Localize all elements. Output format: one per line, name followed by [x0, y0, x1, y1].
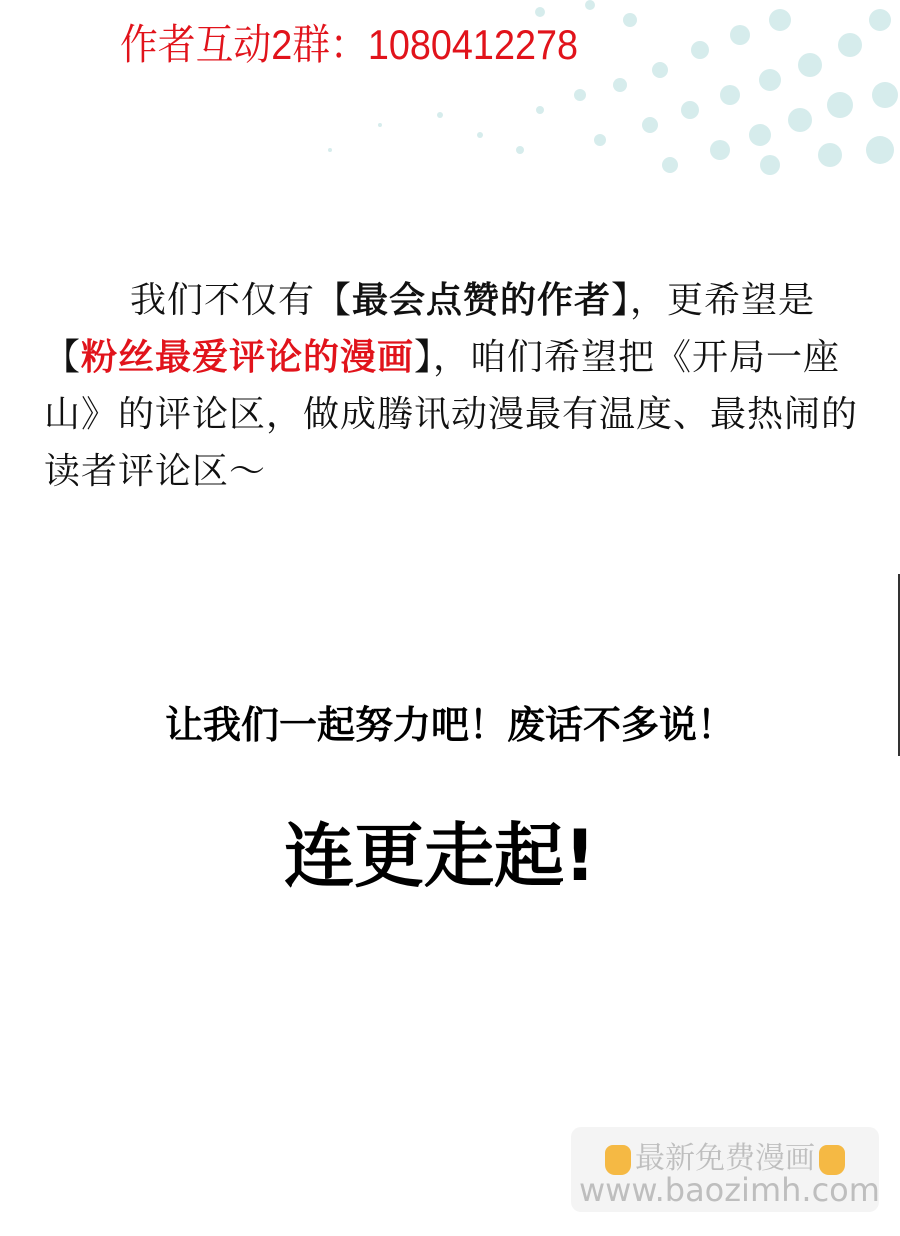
- pointing-down-hand-icon: [605, 1145, 631, 1175]
- watermark-url: www.baozimh.com: [579, 1171, 879, 1209]
- para-intro: 我们不仅有【: [130, 280, 352, 321]
- author-group-header: 作者互动2群：1080412278: [120, 12, 578, 72]
- para-bold-highlight: 最会点赞的作者: [352, 280, 611, 321]
- pointing-down-hand-icon: [819, 1145, 845, 1175]
- slogan-line: 让我们一起努力吧！废话不多说！: [0, 694, 900, 749]
- slogan-big: 连更走起!: [0, 800, 900, 901]
- para-red-highlight: 粉丝最爱评论的漫画: [81, 337, 414, 378]
- intro-paragraph: 我们不仅有【最会点赞的作者】，更希望是【粉丝最爱评论的漫画】，咱们希望把《开局一…: [44, 272, 874, 500]
- watermark: 最新免费漫画 www.baozimh.com: [571, 1127, 879, 1212]
